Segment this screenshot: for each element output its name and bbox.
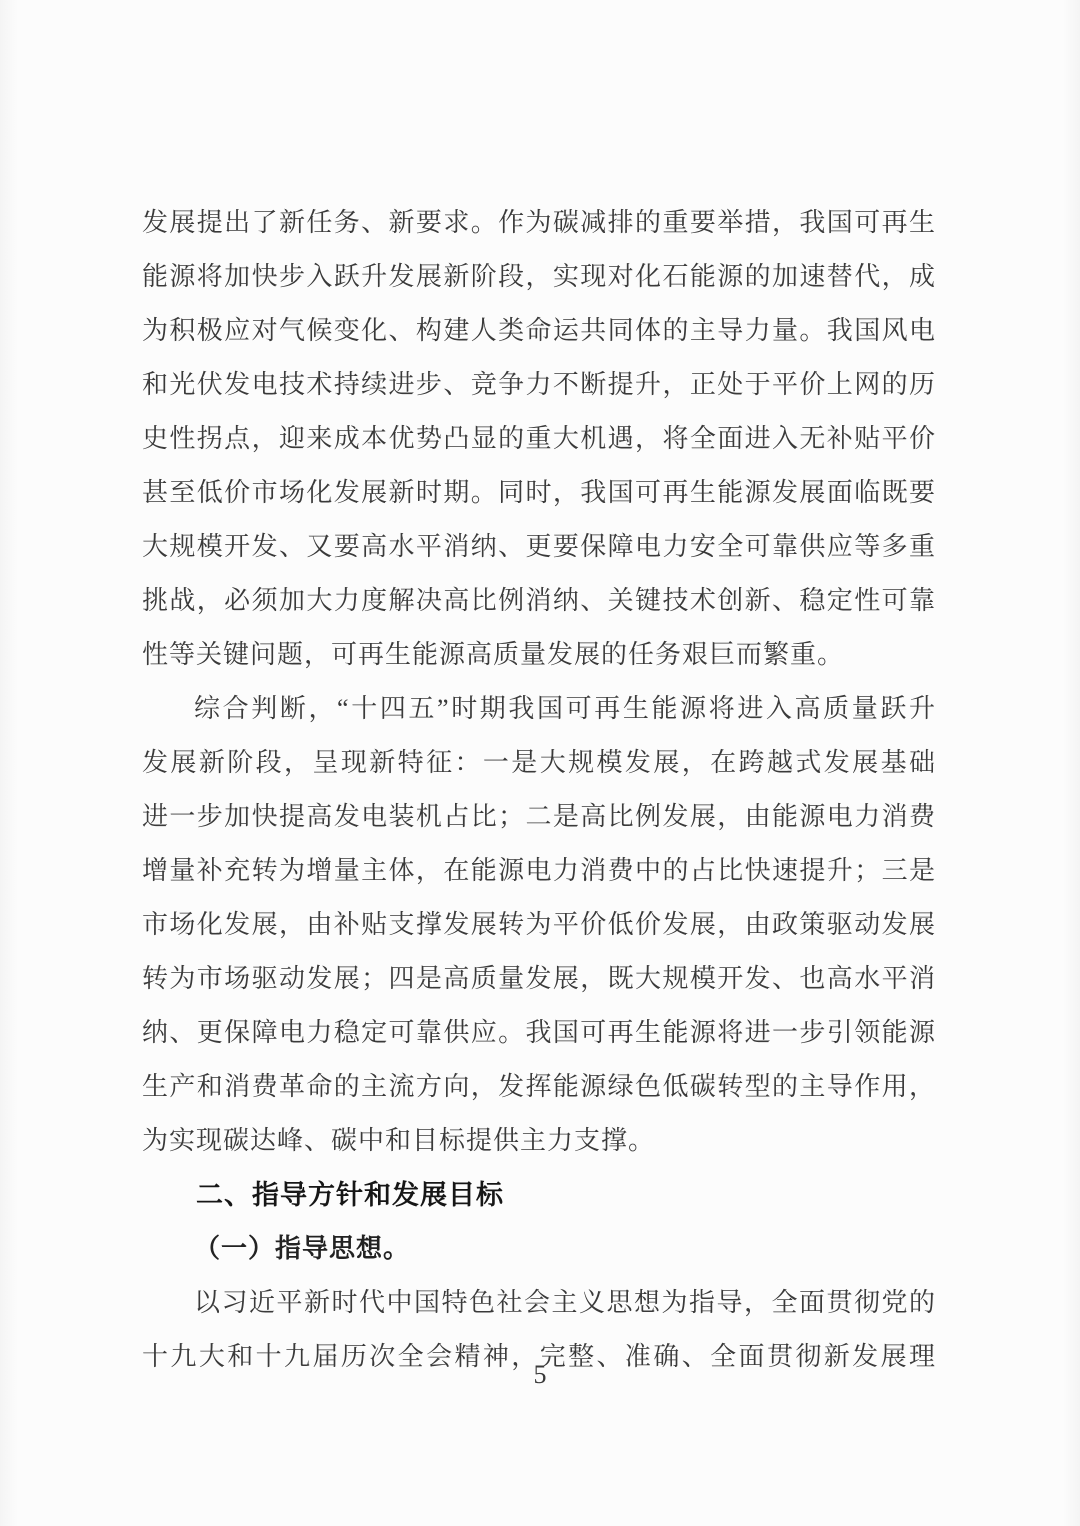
page-body-text: 发展提出了新任务、新要求。作为碳减排的重要举措，我国可再生 能源将加快步入跃升发… xyxy=(142,196,936,1384)
section-heading: 二、指导方针和发展目标 xyxy=(142,1168,936,1222)
body-text-line: 史性拐点，迎来成本优势凸显的重大机遇，将全面进入无补贴平价 xyxy=(142,412,936,466)
body-text-line: 以习近平新时代中国特色社会主义思想为指导，全面贯彻党的 xyxy=(142,1276,936,1330)
body-text-line: 性等关键问题，可再生能源高质量发展的任务艰巨而繁重。 xyxy=(142,628,936,682)
body-text-line: 进一步加快提高发电装机占比；二是高比例发展，由能源电力消费 xyxy=(142,790,936,844)
body-text-line: 增量补充转为增量主体，在能源电力消费中的占比快速提升；三是 xyxy=(142,844,936,898)
body-text-line: 和光伏发电技术持续进步、竞争力不断提升，正处于平价上网的历 xyxy=(142,358,936,412)
body-text-line: 为积极应对气候变化、构建人类命运共同体的主导力量。我国风电 xyxy=(142,304,936,358)
sub-section-heading: （一）指导思想。 xyxy=(142,1222,936,1276)
body-text-line: 挑战，必须加大力度解决高比例消纳、关键技术创新、稳定性可靠 xyxy=(142,574,936,628)
page-number: 5 xyxy=(0,1354,1080,1396)
body-text-line: 转为市场驱动发展；四是高质量发展，既大规模开发、也高水平消 xyxy=(142,952,936,1006)
document-page: 发展提出了新任务、新要求。作为碳减排的重要举措，我国可再生 能源将加快步入跃升发… xyxy=(0,0,1080,1526)
body-text-line: 能源将加快步入跃升发展新阶段，实现对化石能源的加速替代，成 xyxy=(142,250,936,304)
body-text-line: 发展新阶段，呈现新特征：一是大规模发展，在跨越式发展基础上， xyxy=(142,736,936,790)
body-text-line: 市场化发展，由补贴支撑发展转为平价低价发展，由政策驱动发展 xyxy=(142,898,936,952)
body-text-line: 大规模开发、又要高水平消纳、更要保障电力安全可靠供应等多重 xyxy=(142,520,936,574)
body-text-line: 为实现碳达峰、碳中和目标提供主力支撑。 xyxy=(142,1114,936,1168)
body-text-line: 甚至低价市场化发展新时期。同时，我国可再生能源发展面临既要 xyxy=(142,466,936,520)
body-text-line: 综合判断，“十四五”时期我国可再生能源将进入高质量跃升 xyxy=(142,682,936,736)
body-text-line: 纳、更保障电力稳定可靠供应。我国可再生能源将进一步引领能源 xyxy=(142,1006,936,1060)
body-text-line: 发展提出了新任务、新要求。作为碳减排的重要举措，我国可再生 xyxy=(142,196,936,250)
paragraph-1: 发展提出了新任务、新要求。作为碳减排的重要举措，我国可再生 能源将加快步入跃升发… xyxy=(142,196,936,682)
paragraph-2: 综合判断，“十四五”时期我国可再生能源将进入高质量跃升 发展新阶段，呈现新特征：… xyxy=(142,682,936,1168)
body-text-line: 生产和消费革命的主流方向，发挥能源绿色低碳转型的主导作用， xyxy=(142,1060,936,1114)
